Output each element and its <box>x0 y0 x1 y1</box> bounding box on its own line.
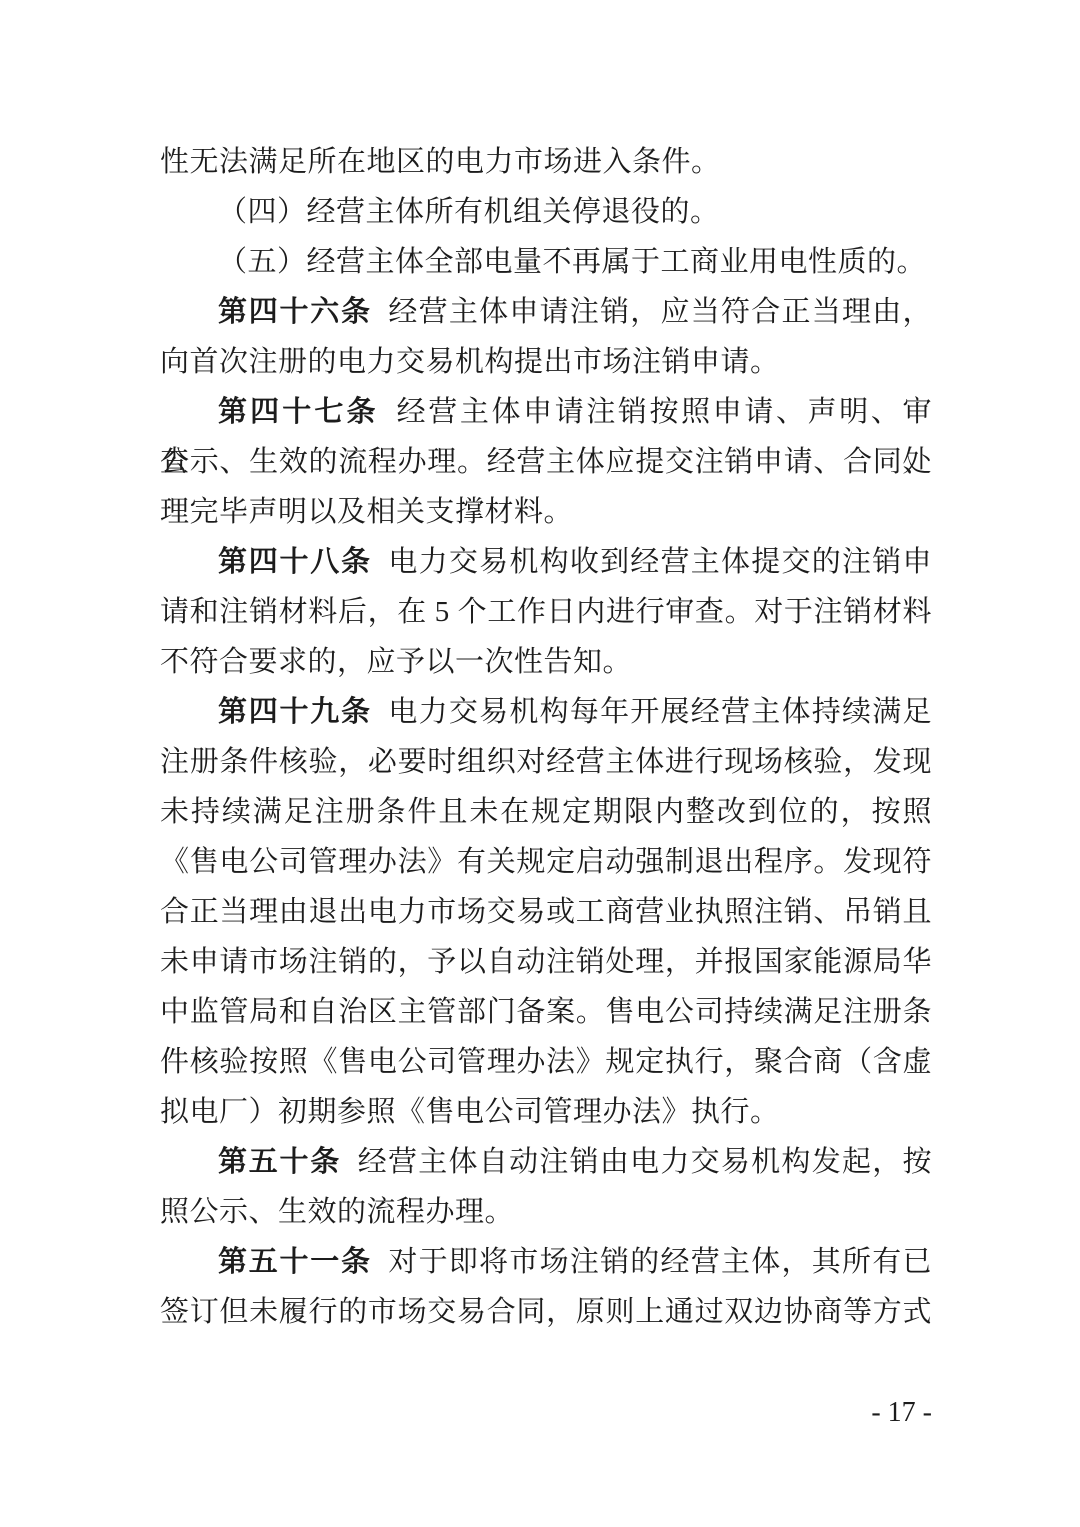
text-line: （四）经营主体所有机组关停退役的。 <box>160 187 932 237</box>
text-line: 第四十九条电力交易机构每年开展经营主体持续满足 <box>160 687 932 737</box>
text-line: 第四十八条电力交易机构收到经营主体提交的注销申 <box>160 537 932 587</box>
text-line: 请和注销材料后，在 5 个工作日内进行审查。对于注销材料 <box>160 587 932 637</box>
text-line: 照公示、生效的流程办理。 <box>160 1187 932 1237</box>
article-number: 第四十九条 <box>218 696 372 728</box>
text-line: 签订但未履行的市场交易合同，原则上通过双边协商等方式 <box>160 1287 932 1337</box>
text-line: 合正当理由退出电力市场交易或工商营业执照注销、吊销且 <box>160 887 932 937</box>
text-line: 第四十六条经营主体申请注销，应当符合正当理由， <box>160 287 932 337</box>
text-line: 《售电公司管理办法》有关规定启动强制退出程序。发现符 <box>160 837 932 887</box>
document-page: 性无法满足所在地区的电力市场进入条件。（四）经营主体所有机组关停退役的。（五）经… <box>0 0 1080 1527</box>
document-body: 性无法满足所在地区的电力市场进入条件。（四）经营主体所有机组关停退役的。（五）经… <box>160 137 932 1337</box>
page-footer: - 17 - <box>160 1396 932 1430</box>
text-line: 第四十七条经营主体申请注销按照申请、声明、审查、 <box>160 387 932 437</box>
text-line: 注册条件核验，必要时组织对经营主体进行现场核验，发现 <box>160 737 932 787</box>
text-line: 不符合要求的，应予以一次性告知。 <box>160 637 932 687</box>
text-line: 性无法满足所在地区的电力市场进入条件。 <box>160 137 932 187</box>
article-number: 第四十八条 <box>218 546 372 578</box>
article-number: 第五十条 <box>218 1146 341 1178</box>
text-line: 公示、生效的流程办理。经营主体应提交注销申请、合同处 <box>160 437 932 487</box>
article-number: 第五十一条 <box>218 1246 372 1278</box>
page-number: - 17 - <box>871 1397 932 1428</box>
text-line: 第五十条经营主体自动注销由电力交易机构发起，按 <box>160 1137 932 1187</box>
text-line: 向首次注册的电力交易机构提出市场注销申请。 <box>160 337 932 387</box>
article-number: 第四十六条 <box>218 296 372 328</box>
text-line: 未申请市场注销的，予以自动注销处理，并报国家能源局华 <box>160 937 932 987</box>
text-line: 件核验按照《售电公司管理办法》规定执行，聚合商（含虚 <box>160 1037 932 1087</box>
text-line: 未持续满足注册条件且未在规定期限内整改到位的，按照 <box>160 787 932 837</box>
text-line: 第五十一条对于即将市场注销的经营主体，其所有已 <box>160 1237 932 1287</box>
text-line: （五）经营主体全部电量不再属于工商业用电性质的。 <box>160 237 932 287</box>
article-number: 第四十七条 <box>218 396 379 428</box>
text-line: 拟电厂）初期参照《售电公司管理办法》执行。 <box>160 1087 932 1137</box>
text-line: 理完毕声明以及相关支撑材料。 <box>160 487 932 537</box>
text-line: 中监管局和自治区主管部门备案。售电公司持续满足注册条 <box>160 987 932 1037</box>
